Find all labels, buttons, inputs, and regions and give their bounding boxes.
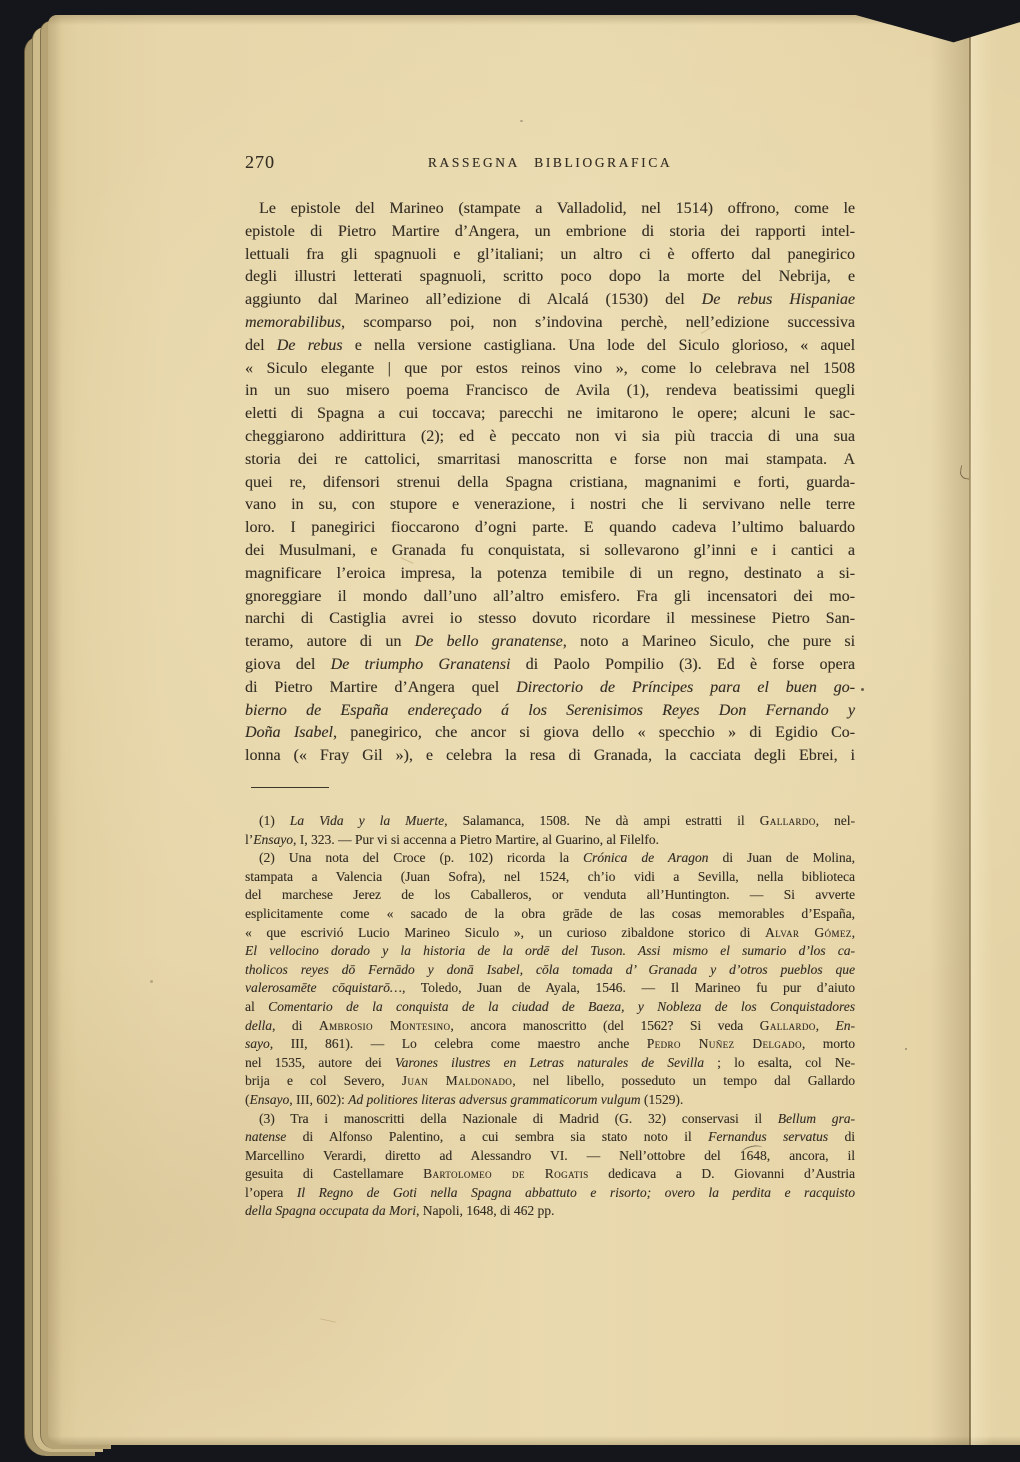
ink-speck — [905, 1048, 907, 1050]
text-line: stampata a Valencia (Juan Sofra), nel 15… — [245, 868, 855, 887]
footnotes-text: (1) La Vida y la Muerte, Salamanca, 1508… — [245, 812, 855, 1221]
text-line: (2) Una nota del Croce (p. 102) ricorda … — [245, 849, 855, 868]
text-line: in un suo misero poema Francisco de Avil… — [245, 380, 855, 403]
gutter-crease-shadow — [930, 15, 970, 1445]
text-line: teramo, autore di un De bello granatense… — [245, 631, 855, 654]
text-line: esplicitamente come « sacado de la obra … — [245, 905, 855, 924]
text-line: memorabilibus, scomparso poi, non s’indo… — [245, 312, 855, 335]
text-line: dei Musulmani, e Granada fu conquistata,… — [245, 540, 855, 563]
text-line: gesuita di Castellamare Bartolomeo de Ro… — [245, 1165, 855, 1184]
text-line: del marchese Jerez de los Caballeros, or… — [245, 886, 855, 905]
text-line: « Siculo elegante | que por estos reinos… — [245, 358, 855, 381]
text-line: della, di Ambrosio Montesino, ancora man… — [245, 1017, 855, 1036]
text-line: quei re, difensori strenui della Spagna … — [245, 472, 855, 495]
text-line: magnificare l’eroica impresa, la potenza… — [245, 563, 855, 586]
text-line: lettuali fra gli spagnuoli e gl’italiani… — [245, 244, 855, 267]
text-line: narchi di Castiglia avrei io stesso dovu… — [245, 608, 855, 631]
scanned-book-page: 270 RASSEGNA BIBLIOGRAFICA Le epistole d… — [0, 0, 1020, 1462]
text-line: Doña Isabel, panegirico, che ancor si gi… — [245, 722, 855, 745]
text-line: natense di Alfonso Palentino, a cui semb… — [245, 1128, 855, 1147]
text-line: l’opera Il Regno de Goti nella Spagna ab… — [245, 1184, 855, 1203]
text-line: loro. I panegirici fioccarono d’ogni par… — [245, 517, 855, 540]
text-line: tholicos reyes dō Fernādo y donā Isabel,… — [245, 961, 855, 980]
text-line: del De rebus e nella versione castiglian… — [245, 335, 855, 358]
paper-speck — [520, 120, 523, 122]
text-line: gnoreggiare il mondo dall’uno all’altro … — [245, 586, 855, 609]
text-line: (3) Tra i manoscritti della Nazionale di… — [245, 1110, 855, 1129]
text-line: (1) La Vida y la Muerte, Salamanca, 1508… — [245, 812, 855, 831]
ink-speck — [861, 688, 864, 691]
paper-speck — [150, 980, 153, 983]
text-line: della Spagna occupata da Mori, Napoli, 1… — [245, 1202, 855, 1221]
text-line: bierno de España endereçado á los Sereni… — [245, 700, 855, 723]
text-line: El vellocino dorado y la historia de la … — [245, 942, 855, 961]
text-line: lonna (« Fray Gil »), e celebra la resa … — [245, 745, 855, 768]
footnote-separator — [251, 787, 329, 788]
text-line: l’Ensayo, I, 323. — Pur vi si accenna a … — [245, 831, 855, 850]
text-line: epistole di Pietro Martire d’Angera, un … — [245, 221, 855, 244]
text-line: giova del De triumpho Granatensi di Paol… — [245, 654, 855, 677]
text-line: nel 1535, autore dei Varones ilustres en… — [245, 1054, 855, 1073]
text-line: al Comentario de la conquista de la ciud… — [245, 998, 855, 1017]
page-header: 270 RASSEGNA BIBLIOGRAFICA — [245, 152, 855, 176]
text-line: degli illustri letterati spagnuoli, scri… — [245, 266, 855, 289]
text-line: brija e col Severo, Juan Maldonado, nel … — [245, 1072, 855, 1091]
text-line: cheggiarono addirittura (2); ed è peccat… — [245, 426, 855, 449]
text-line: Marcellino Verardi, diretto ad Alessandr… — [245, 1147, 855, 1166]
gutter-area — [971, 15, 1020, 1445]
body-text: Le epistole del Marineo (stampate a Vall… — [245, 198, 855, 768]
text-line: di Pietro Martire d’Angera quel Director… — [245, 677, 855, 700]
text-line: eletti di Spagna a cui toccava; parecchi… — [245, 403, 855, 426]
text-line: Le epistole del Marineo (stampate a Vall… — [245, 198, 855, 221]
text-line: (Ensayo, III, 602): Ad politiores litera… — [245, 1091, 855, 1110]
running-header: RASSEGNA BIBLIOGRAFICA — [245, 155, 855, 171]
text-line: sayo, III, 861). — Lo celebra come maest… — [245, 1035, 855, 1054]
text-line: vano in su, con stupore e venerazione, i… — [245, 494, 855, 517]
text-line: valerosamēte cōquistarō…, Toledo, Juan d… — [245, 979, 855, 998]
text-line: storia dei re cattolici, smarritasi mano… — [245, 449, 855, 472]
text-line: « que escrivió Lucio Marineo Siculo », u… — [245, 924, 855, 943]
text-line: aggiunto dal Marineo all’edizione di Alc… — [245, 289, 855, 312]
